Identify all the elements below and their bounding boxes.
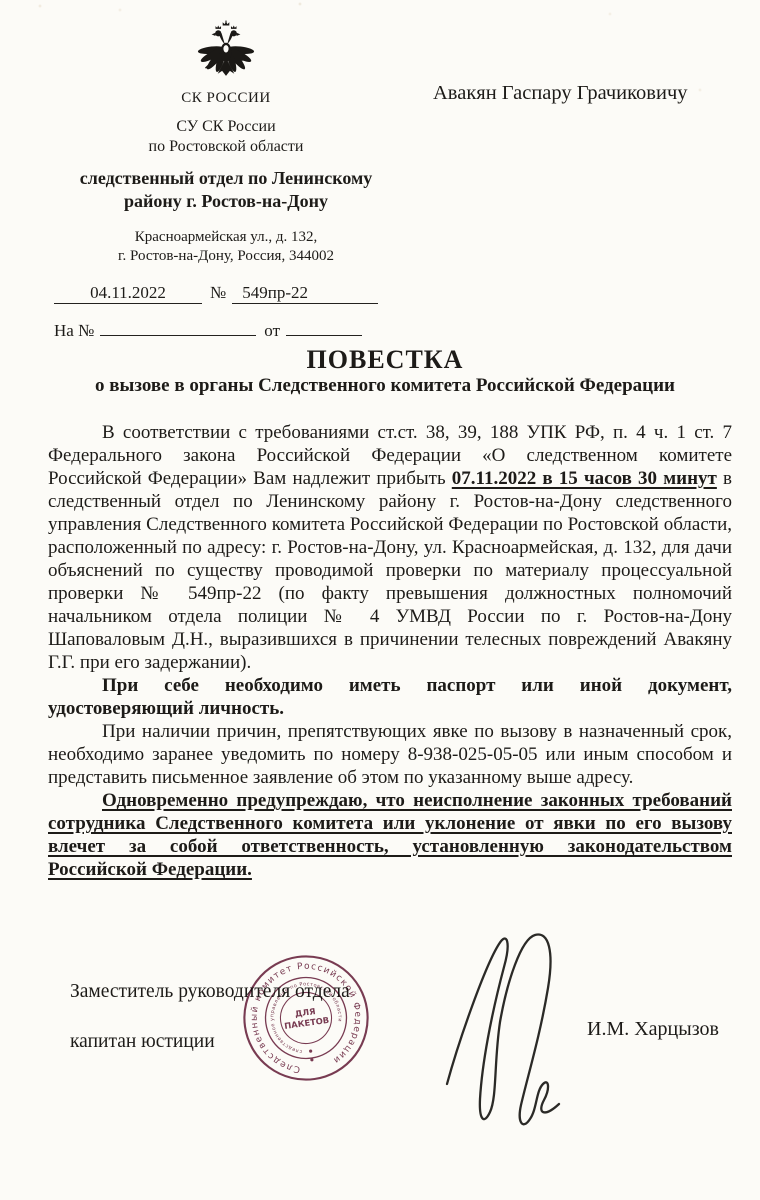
- paragraph-warning: Одновременно предупреждаю, что неисполне…: [48, 789, 732, 881]
- signer-position-line2: капитан юстиции: [70, 1031, 215, 1053]
- blank-underline: [286, 335, 362, 336]
- reference-from-label: от: [264, 321, 280, 341]
- coat-of-arms-icon: [192, 20, 260, 82]
- department-name: следственный отдел по Ленинскому району …: [40, 167, 412, 214]
- org-abbreviation: СК РОССИИ: [40, 90, 412, 107]
- document-date: 04.11.2022: [54, 283, 202, 304]
- blank-underline: [100, 335, 256, 336]
- round-stamp: Следственный комитет Российской Федераци…: [240, 952, 372, 1084]
- document-title: ПОВЕСТКА: [40, 346, 730, 373]
- paragraph-summons: В соответствии с требованиями ст.ст. 38,…: [48, 421, 732, 674]
- org-name: СУ СК России по Ростовской области: [40, 117, 412, 158]
- paragraph-notification: При наличии причин, препятствующих явке …: [48, 720, 732, 789]
- org-address-line2: г. Ростов-на-Дону, Россия, 344002: [40, 247, 412, 267]
- handwritten-signature: [433, 922, 585, 1158]
- signer-name: И.М. Харцызов: [587, 1018, 719, 1041]
- document-body: В соответствии с требованиями ст.ст. 38,…: [48, 421, 732, 881]
- title-block: ПОВЕСТКА о вызове в органы Следственного…: [40, 346, 730, 397]
- document-subtitle: о вызове в органы Следственного комитета…: [40, 375, 730, 397]
- scanned-summons-document: СК РОССИИ СУ СК России по Ростовской обл…: [0, 0, 760, 1200]
- paragraph-summons-rest: в следственный отдел по Ленинскому район…: [48, 468, 732, 673]
- addressee-name: Авакян Гаспару Грачиковичу: [433, 82, 733, 105]
- document-number: 549пр-22: [232, 283, 378, 304]
- org-address-line1: Красноармейская ул., д. 132,: [40, 228, 412, 248]
- org-address: Красноармейская ул., д. 132, г. Ростов-н…: [40, 228, 412, 267]
- org-name-line2: по Ростовской области: [40, 137, 412, 157]
- reference-row: На № от: [40, 321, 412, 341]
- summons-datetime: 07.11.2022 в 15 часов 30 минут: [452, 468, 717, 489]
- paragraph-documents-required: При себе необходимо иметь паспорт или ин…: [48, 674, 732, 720]
- org-name-line1: СУ СК России: [40, 117, 412, 137]
- letterhead: СК РОССИИ СУ СК России по Ростовской обл…: [40, 20, 412, 341]
- number-sign: №: [210, 283, 226, 303]
- stamp-center-line2: ПАКЕТОВ: [284, 1015, 330, 1031]
- date-number-row: 04.11.2022 № 549пр-22: [40, 283, 412, 304]
- reference-label: На №: [54, 321, 94, 341]
